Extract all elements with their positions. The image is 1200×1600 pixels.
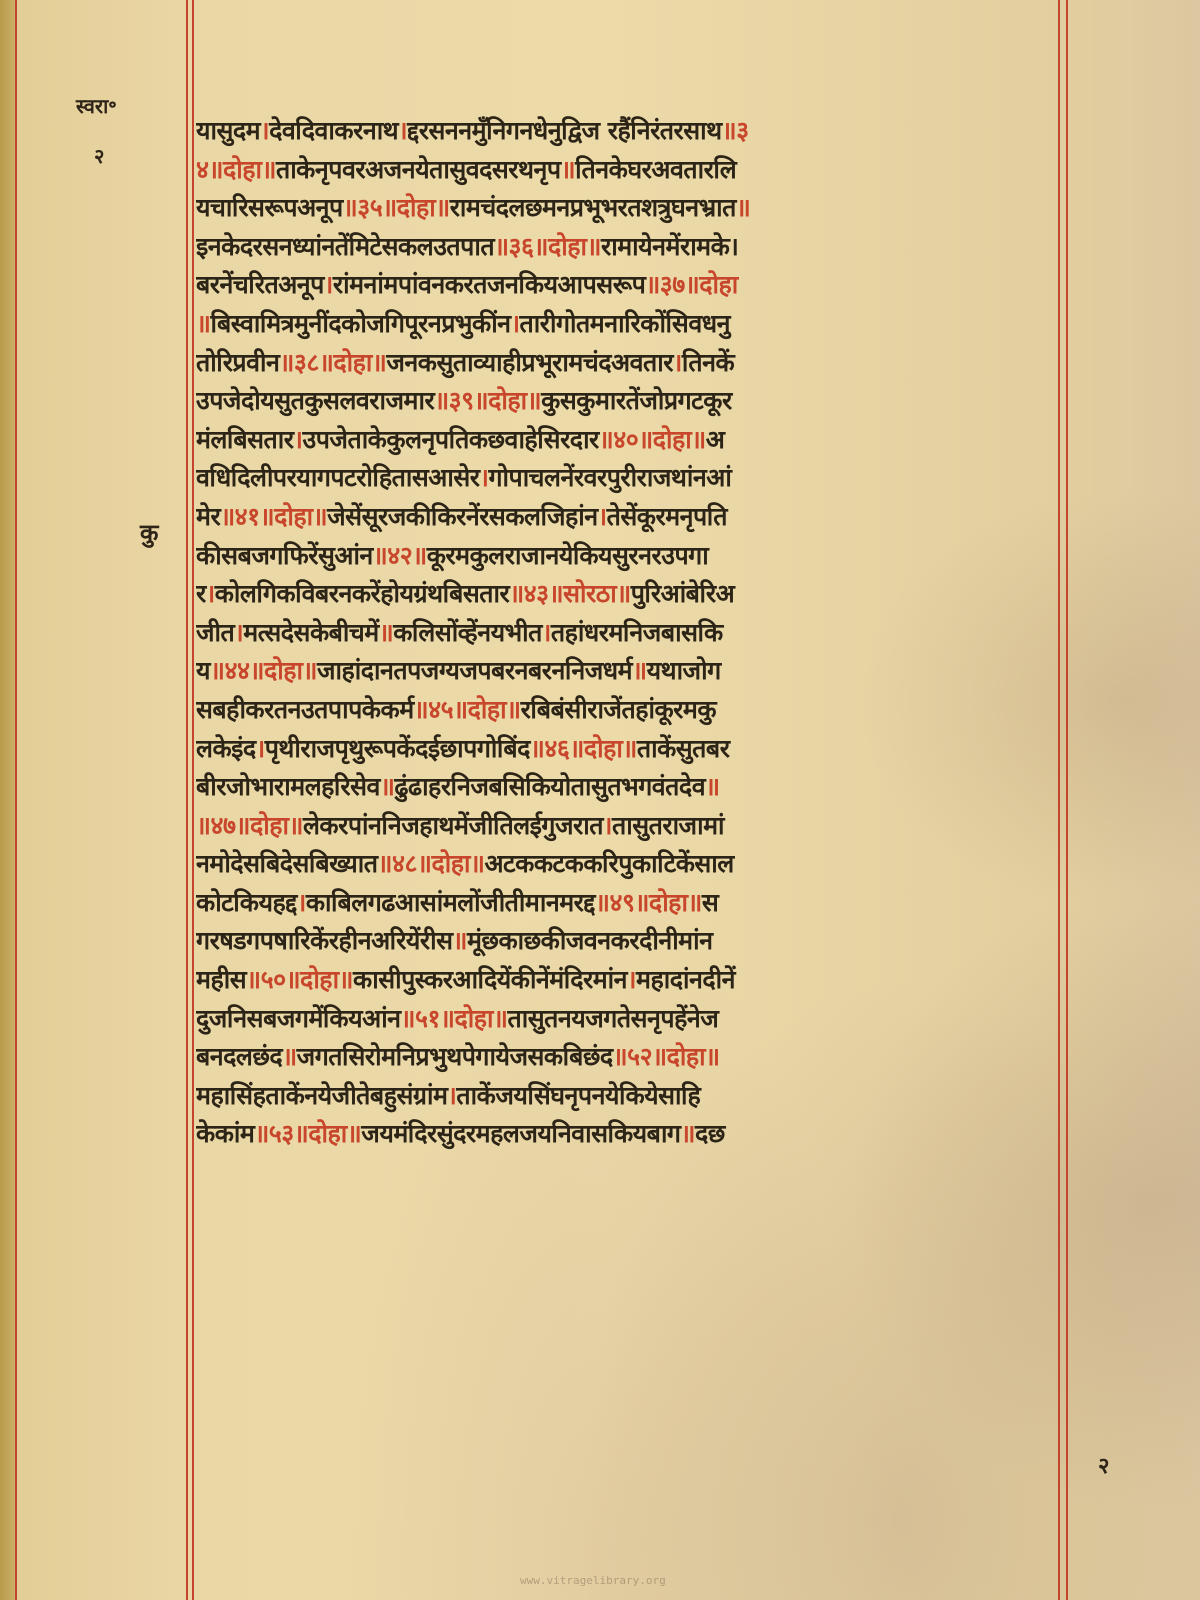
manuscript-line: दुजनिसबजगमेंकियआंन॥५१॥दोहा॥तासुतनयजगतेसन… — [196, 1000, 1066, 1039]
text-segment: ढुंढाहरनिजबसिकियोतासुतभगवंतदेव — [394, 772, 705, 801]
manuscript-page: स्वरा॰ २ कु यासुदम।देवदिवाकरनाथ।द्दरसननम… — [0, 0, 1200, 1600]
text-segment: लकेइंद — [196, 734, 256, 763]
rubric-segment: । — [398, 116, 407, 145]
rubric-segment: ॥४१॥दोहा॥ — [220, 502, 327, 531]
manuscript-line: मंलबिसतार।उपजेताकेकुलनृपतिकछवाहेसिरदार॥४… — [196, 421, 1066, 460]
rubric-segment: ॥ — [705, 772, 719, 801]
text-segment: बरनेंचरितअनूप — [196, 270, 324, 299]
rubric-segment: ॥ — [380, 772, 394, 801]
rubric-segment: । — [598, 502, 607, 531]
text-segment: दछ — [695, 1119, 725, 1148]
rubric-segment: ॥४४॥दोहा॥ — [210, 656, 317, 685]
rubric-segment: ॥ — [681, 1119, 695, 1148]
rubric-segment: ॥४०॥दोहा॥ — [599, 425, 706, 454]
manuscript-line: बीरजोभारामलहरिसेव॥ढुंढाहरनिजबसिकियोतासुत… — [196, 768, 1066, 807]
rubric-segment: ॥ — [561, 155, 575, 184]
manuscript-line: बरनेंचरितअनूप।रांमनांमपांवनकरतजनकियआपसरू… — [196, 266, 1066, 305]
text-segment: मत्सदेसकेबीचमें — [243, 618, 378, 647]
rubric-segment: ॥३६॥दोहा॥ — [494, 232, 601, 261]
rubric-segment: ॥४७॥दोहा॥ — [196, 811, 303, 840]
text-segment: रामायेनमेंरामके। — [601, 232, 738, 261]
text-segment: यचारिसरूपअनूप — [196, 193, 343, 222]
rubric-segment: ॥ — [452, 926, 466, 955]
text-segment: जीत — [196, 618, 234, 647]
rubric-segment: । — [234, 618, 243, 647]
text-segment: ताकेंसुतबर — [637, 734, 730, 763]
text-segment: पुरिआंबेरिअ — [631, 579, 735, 608]
manuscript-line: कीसबजगफिरेंसुआंन॥४२॥कूरमकुलराजानयेकियसुर… — [196, 537, 1066, 576]
manuscript-line: नमोदेसबिदेसबिख्यात॥४८॥दोहा॥अटककटककरिपुका… — [196, 845, 1066, 884]
text-segment: जाहांदानतपजग्यजपबरनबरननिजधर्म — [317, 656, 632, 685]
manuscript-line: ४॥दोहा॥ताकेनृपवरअजनयेतासुवदसरथनृप॥तिनकेघ… — [196, 151, 1066, 190]
text-segment: देवदिवाकरनाथ — [269, 116, 398, 145]
manuscript-line: य॥४४॥दोहा॥जाहांदानतपजग्यजपबरनबरननिजधर्म॥… — [196, 652, 1066, 691]
text-segment: बीरजोभारामलहरिसेव — [196, 772, 380, 801]
rubric-segment: ॥४९॥दोहा॥ — [595, 888, 702, 917]
text-segment: तासुतराजामां — [612, 811, 724, 840]
text-segment: सबहीकरतनउतपापकेकर्म — [196, 695, 414, 724]
rubric-segment: ॥४३॥सोरठा॥ — [509, 579, 631, 608]
left-ruling-line-2 — [192, 0, 194, 1600]
manuscript-line: ॥बिस्वामित्रमुनींदकोजगिपूरनप्रभुकींन।तार… — [196, 305, 1066, 344]
manuscript-line: यचारिसरूपअनूप॥३५॥दोहा॥रामचंदलछमनप्रभूभरत… — [196, 189, 1066, 228]
manuscript-line: लकेइंद।पृथीराजपृथुरूपकेंदईछापगोबिंद॥४६॥द… — [196, 730, 1066, 769]
right-ruling-line-2 — [1066, 0, 1068, 1600]
manuscript-line: जीत।मत्सदेसकेबीचमें॥कलिसोंव्हेंनयभीत।तहा… — [196, 614, 1066, 653]
text-segment: गोपाचलनेंरवरपुरीराजथांनआं — [488, 463, 731, 492]
text-segment: जयमंदिरसुंदरमहलजयनिवासकियबाग — [361, 1119, 680, 1148]
rubric-segment: । — [324, 270, 333, 299]
rubric-segment: । — [206, 579, 215, 608]
text-segment: महासिंहताकेंनयेजीतेबहुसंग्रांम — [196, 1081, 447, 1110]
text-segment: र — [196, 579, 206, 608]
text-segment: जेसेंसूरजकीकिरनेंरसकलजिहांन — [327, 502, 598, 531]
text-segment: नमोदेसबिदेसबिख्यात — [196, 849, 378, 878]
text-segment: बिस्वामित्रमुनींदकोजगिपूरनप्रभुकींन — [210, 309, 510, 338]
text-segment: दुजनिसबजगमेंकियआंन — [196, 1004, 401, 1033]
text-segment: कुसकुमारतेंजोप्रगटकूर — [541, 386, 732, 415]
manuscript-line: केकांम॥५३॥दोहा॥जयमंदिरसुंदरमहलजयनिवासकिय… — [196, 1115, 1066, 1154]
text-segment: अ — [706, 425, 725, 454]
rubric-segment: ॥५१॥दोहा॥ — [401, 1004, 508, 1033]
rubric-segment: ॥३८॥दोहा॥ — [279, 348, 386, 377]
text-segment: तिनकेघरअवतारलि — [575, 155, 736, 184]
text-segment: यथाजोग — [647, 656, 721, 685]
text-segment: इनकेदरसनध्यांनतेंमिटेसकलउतपात — [196, 232, 494, 261]
text-segment: महादांनदीनें — [636, 965, 735, 994]
rubric-segment: ॥३ — [722, 116, 749, 145]
text-segment: कूरमकुलराजानयेकियसुरनरउपगा — [427, 541, 708, 570]
manuscript-line: तोरिप्रवीन॥३८॥दोहा॥जनकसुताव्याहीप्रभूराम… — [196, 344, 1066, 383]
text-segment: केकांम — [196, 1119, 254, 1148]
rubric-segment: ॥ — [632, 656, 646, 685]
text-segment: रबिबंसीराजेंतहांकूरमकु — [521, 695, 716, 724]
text-segment: रांमनांमपांवनकरतजनकियआपसरूप — [333, 270, 645, 299]
text-segment: काबिलगढआसांमलोंजीतीमानमरद्द — [306, 888, 595, 917]
text-segment: रामचंदलछमनप्रभूभरतशत्रुघनभ्रात — [450, 193, 736, 222]
text-segment: महीस — [196, 965, 246, 994]
text-segment: ताकेंजयसिंघनृपनयेकियेसाहि — [456, 1081, 700, 1110]
left-outer-ruling — [15, 0, 17, 1600]
text-segment: तोरिप्रवीन — [196, 348, 279, 377]
page-edge — [0, 0, 16, 1600]
rubric-segment: । — [260, 116, 269, 145]
rubric-segment: ॥ — [379, 618, 393, 647]
text-segment: जनकसुताव्याहीप्रभूरामचंदअवतार — [386, 348, 673, 377]
manuscript-line: कोटकियहद्द।काबिलगढआसांमलोंजीतीमानमरद्द॥४… — [196, 884, 1066, 923]
text-segment: बनदलछंद — [196, 1042, 282, 1071]
manuscript-line: वधिदिलीपरयागपटरोहितासआसेर।गोपाचलनेंरवरपु… — [196, 459, 1066, 498]
rubric-segment: ॥३९॥दोहा॥ — [434, 386, 541, 415]
text-segment: कासीपुस्करआदियेंकीनेंमंदिरमांन — [353, 965, 627, 994]
rubric-segment: ॥ — [282, 1042, 296, 1071]
text-segment: यासुदम — [196, 116, 260, 145]
rubric-segment: । — [603, 811, 612, 840]
text-segment: द्दरसननमुँनिगनधेनुद्विज रहैंनिरंतरसाथ — [407, 116, 721, 145]
left-ruling-line-1 — [186, 0, 188, 1600]
text-segment: तिनकें — [682, 348, 734, 377]
text-segment: मेर — [196, 502, 220, 531]
manuscript-text-block: यासुदम।देवदिवाकरनाथ।द्दरसननमुँनिगनधेनुद्… — [196, 112, 1066, 1154]
text-segment: वधिदिलीपरयागपटरोहितासआसेर — [196, 463, 479, 492]
rubric-segment: । — [294, 425, 303, 454]
text-segment: स — [702, 888, 718, 917]
text-segment: तहांधरमनिजबासकि — [551, 618, 723, 647]
rubric-segment: ४॥दोहा॥ — [196, 155, 276, 184]
watermark: www.vitragelibrary.org — [520, 1574, 666, 1587]
manuscript-line: महीस॥५०॥दोहा॥कासीपुस्करआदियेंकीनेंमंदिरम… — [196, 961, 1066, 1000]
text-segment: तासुतनयजगतेसनृपहेंनेज — [507, 1004, 718, 1033]
rubric-segment: ॥४८॥दोहा॥ — [378, 849, 485, 878]
text-segment: जगतसिरोमनिप्रभुथपेगायेजसकबिछंद — [297, 1042, 613, 1071]
manuscript-line: महासिंहताकेंनयेजीतेबहुसंग्रांम।ताकेंजयसि… — [196, 1077, 1066, 1116]
text-segment: कलिसोंव्हेंनयभीत — [393, 618, 542, 647]
rubric-segment: । — [297, 888, 306, 917]
manuscript-line: मेर॥४१॥दोहा॥जेसेंसूरजकीकिरनेंरसकलजिहांन।… — [196, 498, 1066, 537]
rubric-segment: ॥४२॥ — [373, 541, 427, 570]
rubric-segment: । — [542, 618, 551, 647]
text-segment: य — [196, 656, 210, 685]
rubric-segment: ॥३७॥दोहा — [645, 270, 737, 299]
rubric-segment: ॥५३॥दोहा॥ — [254, 1119, 361, 1148]
rubric-segment: । — [511, 309, 520, 338]
manuscript-line: बनदलछंद॥जगतसिरोमनिप्रभुथपेगायेजसकबिछंद॥५… — [196, 1038, 1066, 1077]
rubric-segment: ॥५२॥दोहा॥ — [613, 1042, 720, 1071]
manuscript-line: उपजेदोयसुतकुसलवराजमार॥३९॥दोहा॥कुसकुमारते… — [196, 382, 1066, 421]
rubric-segment: ॥३५॥दोहा॥ — [343, 193, 450, 222]
manuscript-line: ॥४७॥दोहा॥लेकरपांननिजहाथमेंजीतिलईगुजरात।त… — [196, 807, 1066, 846]
rubric-segment: ॥ — [196, 309, 210, 338]
margin-folio-note: २ — [94, 142, 104, 169]
folio-number: २ — [1098, 1450, 1109, 1480]
text-segment: उपजेताकेकुलनृपतिकछवाहेसिरदार — [303, 425, 599, 454]
text-segment: लेकरपांननिजहाथमेंजीतिलईगुजरात — [303, 811, 603, 840]
margin-catchword: कु — [140, 516, 158, 549]
rubric-segment: ॥५०॥दोहा॥ — [246, 965, 353, 994]
rubric-segment: ॥ — [736, 193, 750, 222]
rubric-segment: । — [256, 734, 265, 763]
manuscript-line: र।कोलगिकविबरनकरेंहोयग्रंथबिसतार॥४३॥सोरठा… — [196, 575, 1066, 614]
text-segment: ताकेनृपवरअजनयेतासुवदसरथनृप — [276, 155, 561, 184]
rubric-segment: । — [627, 965, 636, 994]
text-segment: तेसेंकूरमनृपति — [607, 502, 727, 531]
text-segment: उपजेदोयसुतकुसलवराजमार — [196, 386, 434, 415]
text-segment: कोटकियहद्द — [196, 888, 297, 917]
manuscript-line: इनकेदरसनध्यांनतेंमिटेसकलउतपात॥३६॥दोहा॥रा… — [196, 228, 1066, 267]
rubric-segment: । — [673, 348, 682, 377]
manuscript-line: सबहीकरतनउतपापकेकर्म॥४५॥दोहा॥रबिबंसीराजें… — [196, 691, 1066, 730]
text-segment: कीसबजगफिरेंसुआंन — [196, 541, 373, 570]
text-segment: अटककटककरिपुकाटिकेंसाल — [484, 849, 733, 878]
rubric-segment: ॥४५॥दोहा॥ — [414, 695, 521, 724]
margin-title-note: स्वरा॰ — [76, 92, 117, 119]
manuscript-line: गरषडगपषारिकेंरहीनअरियेंरीस॥मूंछकाछकीजवनक… — [196, 922, 1066, 961]
text-segment: गरषडगपषारिकेंरहीनअरियेंरीस — [196, 926, 452, 955]
text-segment: पृथीराजपृथुरूपकेंदईछापगोबिंद — [265, 734, 530, 763]
manuscript-line: यासुदम।देवदिवाकरनाथ।द्दरसननमुँनिगनधेनुद्… — [196, 112, 1066, 151]
text-segment: कोलगिकविबरनकरेंहोयग्रंथबिसतार — [215, 579, 509, 608]
rubric-segment: ॥४६॥दोहा॥ — [530, 734, 637, 763]
text-segment: तारीगोतमनारिकोंसिवधनु — [520, 309, 730, 338]
text-segment: मूंछकाछकीजवनकरदीनीमांन — [467, 926, 713, 955]
text-segment: मंलबिसतार — [196, 425, 294, 454]
